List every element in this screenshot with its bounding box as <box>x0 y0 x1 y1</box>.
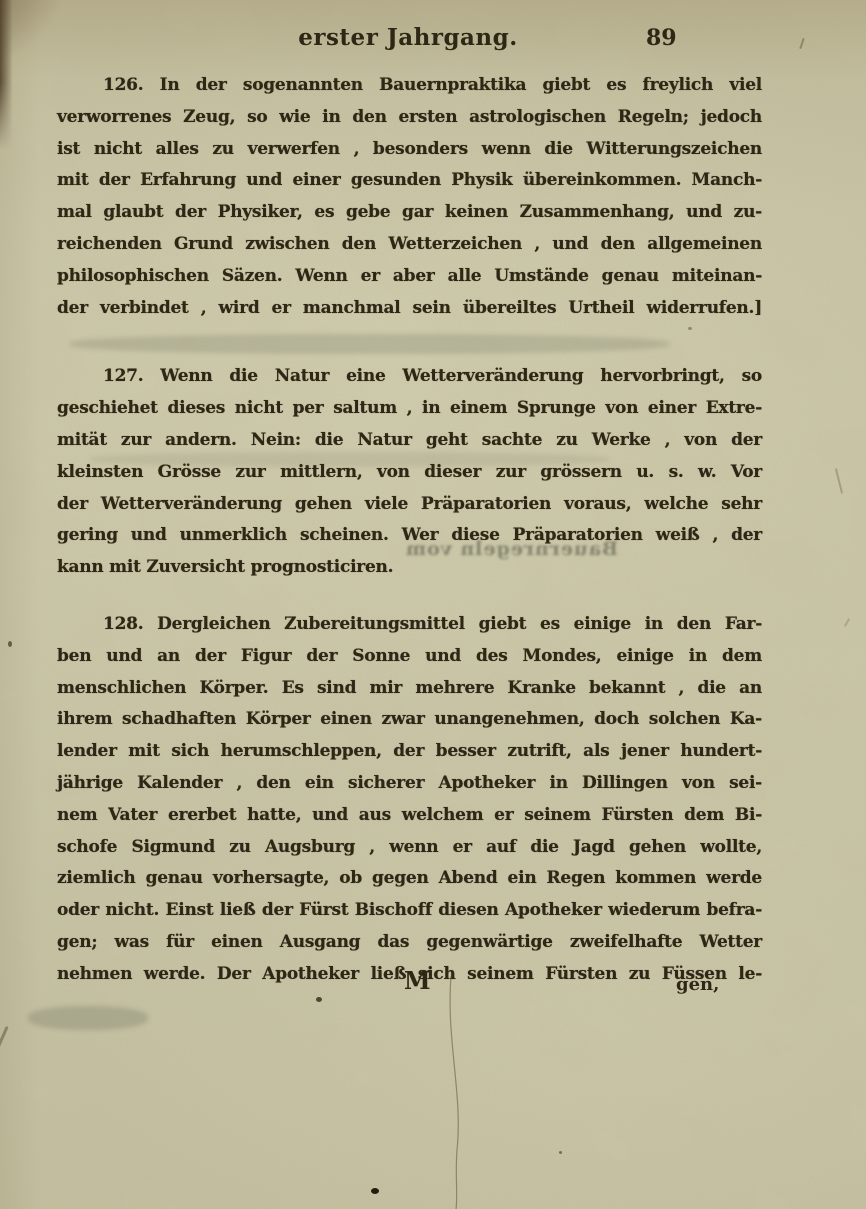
paragraph-127: 127. Wenn die Natur eine Wetterveränderu… <box>57 361 762 584</box>
ink-speck <box>316 997 322 1002</box>
text-line: menschlichen Körper. Es sind mir mehrere… <box>57 673 762 705</box>
text-line: philosophischen Säzen. Wenn er aber alle… <box>57 261 762 293</box>
running-title: erster Jahrgang. <box>288 24 528 51</box>
text-line: verworrenes Zeug, so wie in den ersten a… <box>57 102 762 134</box>
text-line: ben und an der Figur der Sonne und des M… <box>57 641 762 673</box>
text-line: ihrem schadhaften Körper einen zwar unan… <box>57 704 762 736</box>
page-header: erster Jahrgang. 89 <box>0 24 866 58</box>
text-line: mit der Erfahrung und einer gesunden Phy… <box>57 165 762 197</box>
corner-crease <box>0 1026 9 1080</box>
text-line: oder nicht. Einst ließ der Fürst Bischof… <box>57 895 762 927</box>
text-line: mal glaubt der Physiker, es gebe gar kei… <box>57 197 762 229</box>
book-edge-shadow <box>0 0 16 150</box>
text-line: nem Vater ererbet hatte, und aus welchem… <box>57 800 762 832</box>
text-block: 126. In der sogenannten Bauernpraktika g… <box>57 70 762 991</box>
text-line: geschiehet dieses nicht per saltum , in … <box>57 393 762 425</box>
ink-speck <box>559 1151 562 1154</box>
text-line: ist nicht alles zu verwerfen , besonders… <box>57 134 762 166</box>
text-line: 128. Dergleichen Zubereitungsmittel gieb… <box>57 609 762 641</box>
ink-bleed-band <box>28 1006 148 1030</box>
text-line: kleinsten Grösse zur mittlern, von diese… <box>57 457 762 489</box>
paragraph-128: 128. Dergleichen Zubereitungsmittel gieb… <box>57 609 762 991</box>
text-line: 126. In der sogenannten Bauernpraktika g… <box>57 70 762 102</box>
ink-speck <box>371 1188 379 1194</box>
scanned-book-page: erster Jahrgang. 89 Bauernregeln vom 126… <box>0 0 866 1209</box>
catchword: gen, <box>676 974 719 995</box>
page-number: 89 <box>646 25 677 51</box>
text-line: der Wetterveränderung gehen viele Präpar… <box>57 489 762 521</box>
margin-mark <box>844 618 850 627</box>
signature-mark: M <box>404 966 431 995</box>
paragraph-126: 126. In der sogenannten Bauernpraktika g… <box>57 70 762 324</box>
text-line: lender mit sich herumschleppen, der bess… <box>57 736 762 768</box>
text-line: kann mit Zuversicht prognosticiren. <box>57 552 762 584</box>
text-line: ziemlich genau vorhersagte, ob gegen Abe… <box>57 863 762 895</box>
text-line: jährige Kalender , den ein sicherer Apot… <box>57 768 762 800</box>
text-line: gen; was für einen Ausgang das gegenwärt… <box>57 927 762 959</box>
margin-mark <box>835 468 843 494</box>
text-line: gering und unmerklich scheinen. Wer dies… <box>57 520 762 552</box>
ink-speck <box>8 641 12 647</box>
text-line: der verbindet , wird er manchmal sein üb… <box>57 293 762 325</box>
text-line: 127. Wenn die Natur eine Wetterveränderu… <box>57 361 762 393</box>
text-line: mität zur andern. Nein: die Natur geht s… <box>57 425 762 457</box>
text-line: schofe Sigmund zu Augsburg , wenn er auf… <box>57 832 762 864</box>
text-line: reichenden Grund zwischen den Wetterzeic… <box>57 229 762 261</box>
